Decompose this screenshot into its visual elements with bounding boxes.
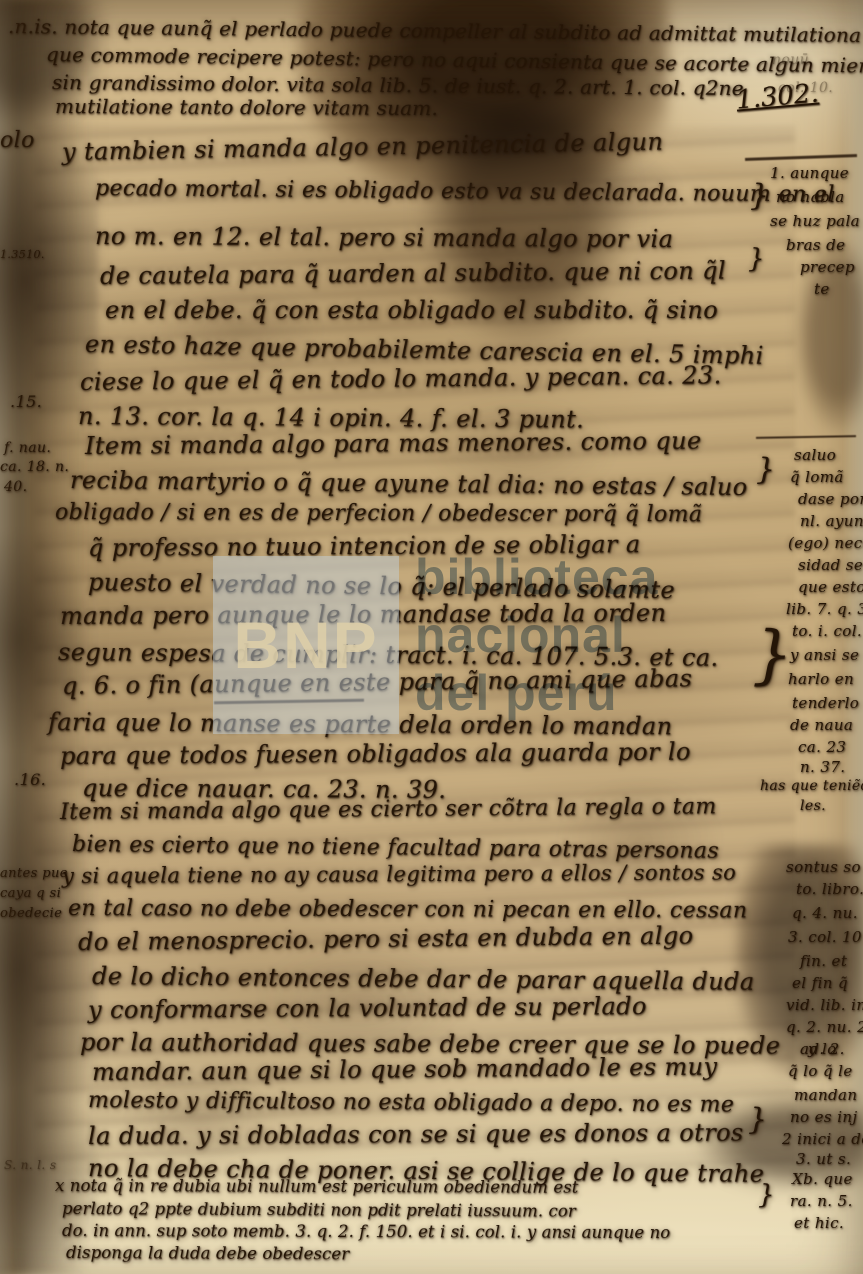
margin-note: tenderlo <box>792 694 859 712</box>
margin-note: obedecie <box>0 906 62 921</box>
handwritten-line: y si aquela tiene no ay causa legitima p… <box>62 860 736 888</box>
binding-gutter-stain <box>0 0 98 1274</box>
margin-note: se huz pala <box>770 212 860 230</box>
handwritten-line: de cautela para q̃ uarden al subdito. qu… <box>100 257 726 290</box>
margin-note: .15. <box>10 392 42 411</box>
margin-note: } <box>750 178 770 213</box>
margin-note: el fin q̃ <box>792 974 848 992</box>
margin-note: 3. ut s. <box>796 1150 851 1168</box>
margin-note: ca. 23 <box>798 738 846 756</box>
handwritten-line: Item si manda algo que es cierto ser cõt… <box>60 794 717 825</box>
handwritten-line: mutilatione tanto dolore vitam suam. <box>55 94 438 120</box>
handwritten-line: do. in ann. sup soto memb. 3. q. 2. f. 1… <box>62 1221 670 1242</box>
margin-note: f. nau. <box>4 440 51 456</box>
margin-note: antes pue <box>0 866 68 881</box>
margin-note: harlo en <box>788 670 854 688</box>
handwritten-line: ciese lo que el q̃ en todo lo manda. y p… <box>80 361 722 396</box>
margin-note: ra. n. 5. <box>790 1192 853 1210</box>
manuscript-page: .n.is. nota que aunq̃ el perlado puede c… <box>0 0 863 1274</box>
watermark-word: nacional <box>415 606 626 664</box>
handwritten-line: pecado mortal. si es obligado esto va su… <box>95 176 835 207</box>
margin-note: precep <box>800 258 855 276</box>
margin-note: has que teniẽdo <box>760 778 863 794</box>
margin-note: S. n. l. s <box>4 1158 56 1172</box>
ink-rule-top-right <box>745 154 857 160</box>
margin-note: .16. <box>14 770 46 789</box>
margin-note: q. 4. nu. <box>792 904 858 922</box>
handwritten-line: en tal caso no debe obedescer con ni pec… <box>68 896 748 923</box>
margin-note: } <box>752 618 793 692</box>
margin-note: et hic. <box>794 1214 844 1232</box>
margin-note: y lo <box>808 1040 837 1058</box>
margin-note: sontus so <box>786 858 861 876</box>
watermark-word: del perú <box>415 664 617 722</box>
handwritten-line: mandar. aun que si lo que sob mandado le… <box>92 1053 718 1086</box>
handwritten-line: obligado / si en es de perfecion / obede… <box>55 500 703 527</box>
margin-note: de naua <box>790 716 853 734</box>
margin-note: dase por <box>798 490 863 508</box>
watermark-word: biblioteca <box>415 548 658 606</box>
handwritten-line: en el debe. q̃ con esta obligado el subd… <box>105 296 718 324</box>
watermark-logo-box: BNP <box>213 556 399 734</box>
handwritten-line: perlato q2 ppte dubium subditi non pdit … <box>62 1199 576 1221</box>
margin-note: 1.3510. <box>0 248 45 261</box>
handwritten-line: .n.is. nota que aunq̃ el perlado puede c… <box>8 14 861 47</box>
margin-note: nl. ayuno <box>800 512 863 530</box>
margin-note: y ansi se <box>790 646 859 664</box>
margin-note: ca. 18. n. <box>0 459 69 475</box>
margin-note: vid. lib. in <box>786 996 863 1014</box>
handwritten-line: para que todos fuesen obligados ala guar… <box>60 738 691 770</box>
margin-note: col. 10. <box>778 80 833 96</box>
margin-note: 3. col. 10 <box>788 928 862 946</box>
margin-note: to. i. col. 5. <box>792 622 863 640</box>
margin-note: q. 2. nu. 2. <box>786 1018 863 1036</box>
handwritten-line: reciba martyrio o q̃ que ayune tal dia: … <box>70 466 748 501</box>
margin-note: bras de <box>786 236 845 254</box>
margin-note: saluo <box>794 446 836 464</box>
margin-note: sidad se <box>798 556 863 574</box>
margin-note: olo <box>0 128 35 153</box>
margin-note: 1. aunque <box>770 164 849 182</box>
handwritten-line: disponga la duda debe obedescer <box>66 1243 349 1263</box>
margin-note: mandan <box>794 1086 857 1104</box>
margin-note: } <box>758 1180 775 1210</box>
margin-note: 40. <box>4 479 27 495</box>
margin-note: } <box>748 1102 768 1137</box>
margin-note: caya q si <box>0 886 61 901</box>
handwritten-line: do el menosprecio. pero si esta en dubda… <box>78 922 694 956</box>
margin-note: } <box>748 244 765 274</box>
ink-rule-margin <box>756 435 856 439</box>
margin-note: que esto <box>798 578 863 596</box>
handwritten-line: no m. en 12. el tal. pero si manda algo … <box>95 222 673 253</box>
watermark-logo-text: BNP <box>233 607 378 683</box>
handwritten-line: bien es cierto que no tiene facultad par… <box>72 832 719 864</box>
margin-note: } <box>756 452 776 487</box>
handwritten-line: molesto y difficultoso no esta obligado … <box>88 1088 734 1118</box>
margin-note: no habla <box>776 188 845 206</box>
margin-note: nouū <box>772 52 809 68</box>
margin-note: lib. 7. q. 3 an <box>786 600 863 618</box>
handwritten-line: x nota q̃ in re dubia ubi nullum est per… <box>55 1176 579 1197</box>
margin-note: (ego) neces <box>788 534 863 552</box>
margin-note: n. 37. <box>800 758 845 776</box>
margin-note: q̃ lo q̃ le <box>788 1062 853 1080</box>
margin-note: les. <box>800 798 826 814</box>
handwritten-line: de lo dicho entonces debe dar de parar a… <box>92 962 755 996</box>
margin-note: q̃ lomã <box>790 468 844 486</box>
margin-note: Xb. que <box>792 1170 853 1188</box>
handwritten-line: y conformarse con la voluntad de su perl… <box>88 992 647 1024</box>
handwritten-line: la duda. y si dobladas con se si que es … <box>88 1119 744 1150</box>
handwritten-line: Item si manda algo para mas menores. com… <box>85 427 702 460</box>
margin-note: te <box>814 280 830 298</box>
margin-note: fin. et <box>800 952 847 970</box>
margin-note: no es inj <box>790 1108 858 1126</box>
margin-note: 2 inici a de <box>782 1130 863 1148</box>
margin-note: to. libro. <box>796 880 863 898</box>
handwritten-line: y tambien si manda algo en penitencia de… <box>62 128 664 166</box>
